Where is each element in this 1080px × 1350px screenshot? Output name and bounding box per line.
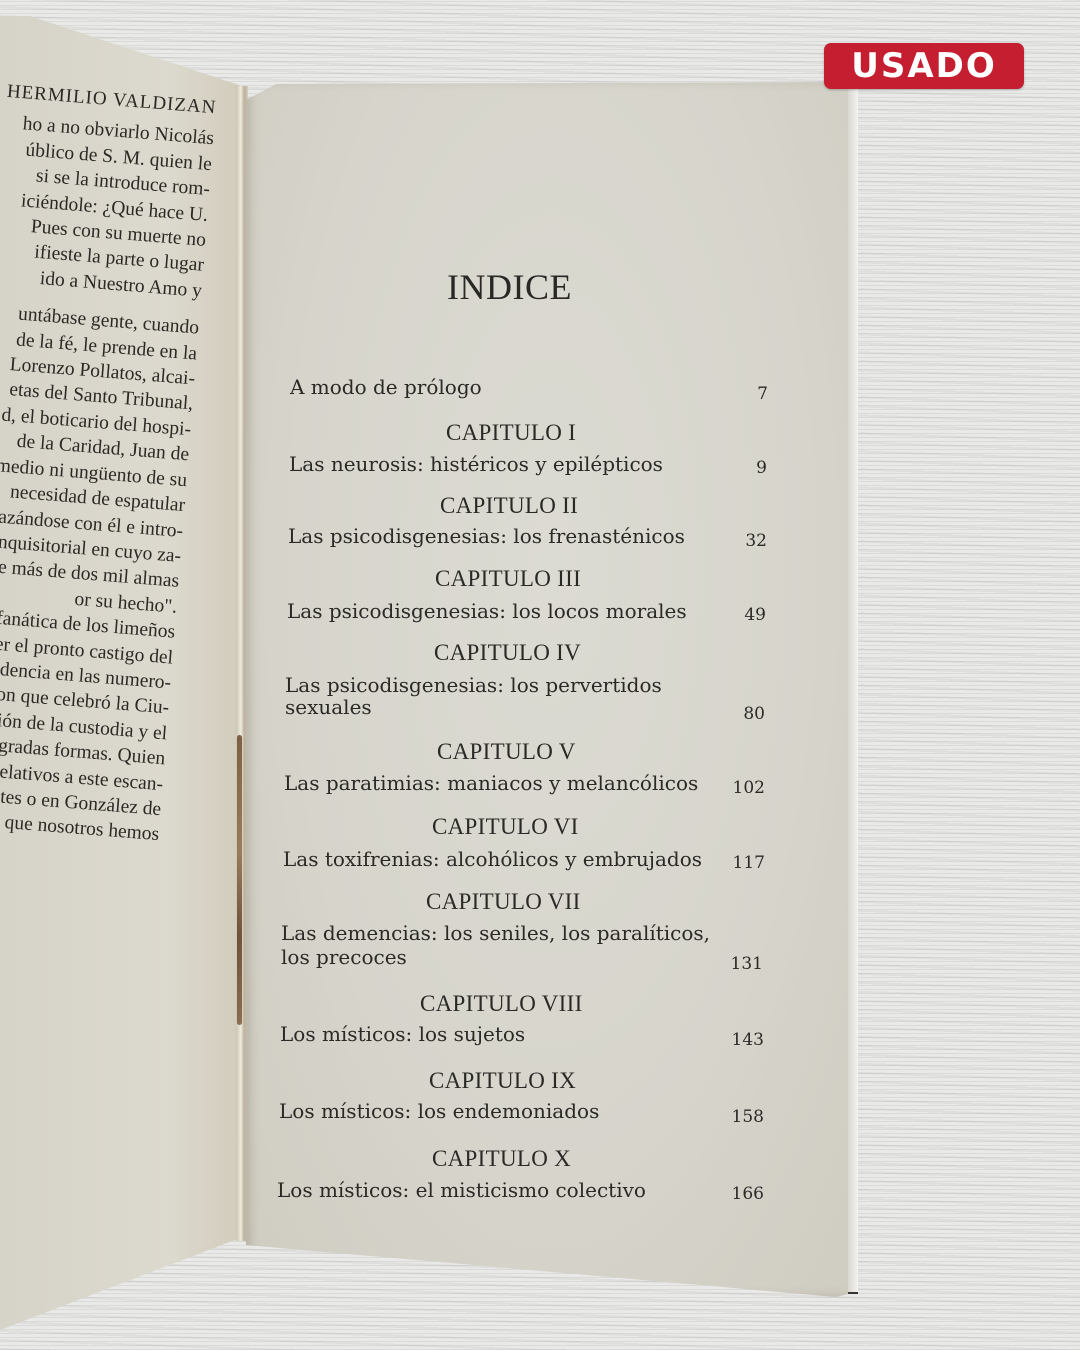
toc-page-number: 80 <box>705 704 765 724</box>
toc-entry-title-line2: sexuales <box>285 695 372 719</box>
toc-entry-title: Las neurosis: histéricos y epilépticos <box>289 452 663 476</box>
toc-entry-title: Los místicos: los endemoniados <box>279 1099 599 1123</box>
toc-entry-title: Las toxifrenias: alcohólicos y embrujado… <box>283 847 702 871</box>
chapter-heading: CAPITULO VII <box>426 889 581 915</box>
toc-entry-title: Las psicodisgenesias: los frenasténicos <box>288 524 685 548</box>
toc-page-number: 117 <box>705 853 765 873</box>
toc-entry-title: Los místicos: el misticismo colectivo <box>277 1178 646 1202</box>
toc-page-number: 9 <box>707 458 767 478</box>
toc-entry-title: Los místicos: los sujetos <box>280 1022 525 1046</box>
toc-page-number: 102 <box>705 778 765 798</box>
toc-entry-title: Las paratimias: maniacos y melancólicos <box>284 771 698 795</box>
toc-page-number: 166 <box>704 1184 764 1204</box>
toc-entry-title: Las psicodisgenesias: los pervertidos <box>285 673 662 697</box>
chapter-heading: CAPITULO II <box>440 493 578 519</box>
toc-entry-title: Las psicodisgenesias: los locos morales <box>287 599 687 623</box>
chapter-heading: CAPITULO IV <box>434 640 581 666</box>
chapter-heading: CAPITULO I <box>446 420 576 446</box>
chapter-heading: CAPITULO IX <box>429 1068 576 1094</box>
used-condition-badge: USADO <box>824 43 1024 89</box>
toc-entry-title: Las demencias: los seniles, los paralíti… <box>281 921 710 945</box>
table-of-contents: A modo de prólogo 7 CAPITULO I Las neuro… <box>0 0 1080 1350</box>
toc-page-number: 49 <box>706 605 766 625</box>
chapter-heading: CAPITULO III <box>435 566 581 592</box>
toc-entry-title: A modo de prólogo <box>290 375 482 399</box>
toc-page-number: 143 <box>704 1030 764 1050</box>
toc-page-number: 32 <box>707 531 767 551</box>
toc-page-number: 131 <box>703 954 763 974</box>
toc-entry-title-line2: los precoces <box>281 945 407 969</box>
chapter-heading: CAPITULO VI <box>432 814 579 840</box>
chapter-heading: CAPITULO VIII <box>420 991 583 1017</box>
chapter-heading: CAPITULO V <box>437 739 576 765</box>
toc-page-number: 7 <box>708 384 768 404</box>
toc-page-number: 158 <box>704 1107 764 1127</box>
chapter-heading: CAPITULO X <box>432 1146 571 1172</box>
